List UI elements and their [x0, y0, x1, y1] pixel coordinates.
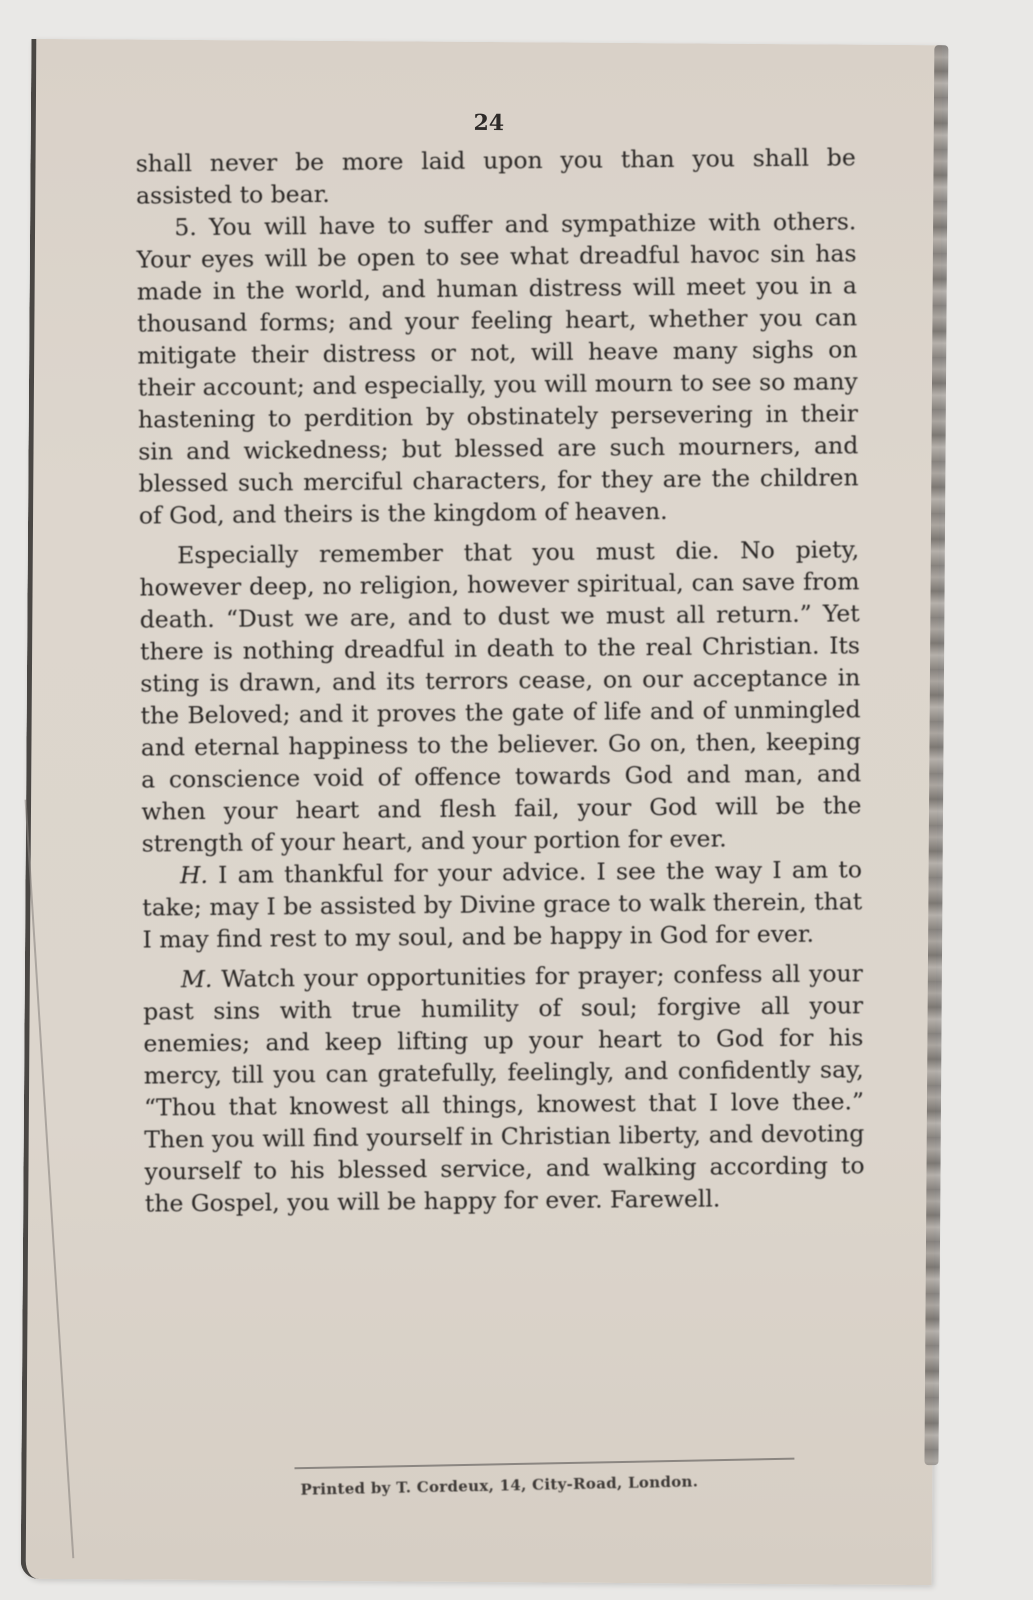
paragraph-point-5: 5. You will have to suffer and sympathiz… — [136, 205, 859, 531]
paper-crease — [25, 800, 75, 1559]
printer-imprint: Printed by T. Cordeux, 14, City-Road, Lo… — [300, 1472, 698, 1498]
speaker-label: M. — [181, 965, 213, 993]
paragraph-remember-death: Especially remember that you must die. N… — [139, 533, 862, 859]
printed-page: 24 shall never be more laid upon you tha… — [21, 39, 943, 1585]
paragraph-continuation: shall never be more laid upon you than y… — [136, 141, 857, 211]
divider-rule — [294, 1458, 794, 1470]
body-text: shall never be more laid upon you than y… — [136, 141, 865, 1219]
paragraph-speaker-h: H. I am thankful for your advice. I see … — [142, 853, 863, 955]
torn-page-edge — [924, 45, 948, 1465]
page-number: 24 — [36, 107, 942, 139]
paragraph-speaker-m: M. Watch your opportunities for prayer; … — [143, 957, 865, 1219]
speaker-label: H. — [180, 861, 208, 889]
